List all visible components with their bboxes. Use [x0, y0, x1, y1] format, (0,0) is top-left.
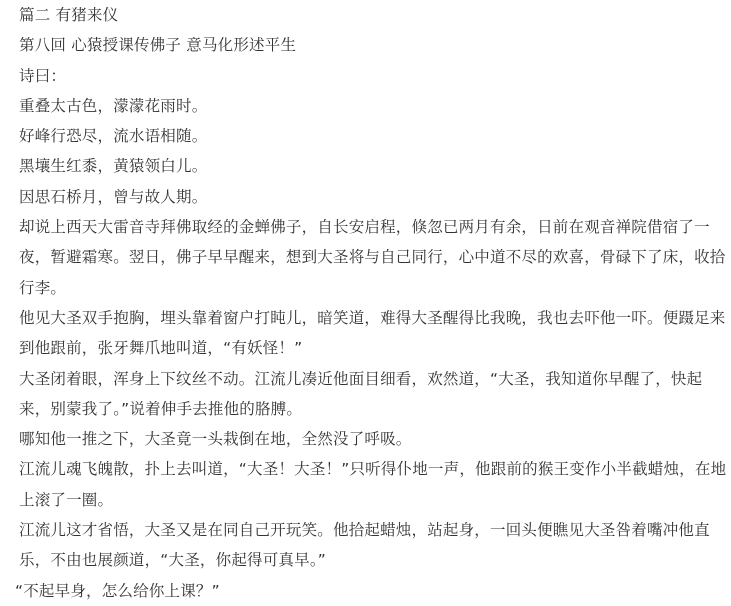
paragraph: 他见大圣双手抱胸，埋头靠着窗户打盹儿，暗笑道，难得大圣醒得比我晚，我也去吓他一吓… [19, 303, 731, 364]
poem-line: 因思石桥月，曾与故人期。 [19, 182, 731, 212]
article-body: 篇二 有猪来仪 第八回 心猿授课传佛子 意马化形述平生 诗曰： 重叠太古色，濛濛… [19, 0, 731, 574]
chapter-title: 第八回 心猿授课传佛子 意马化形述平生 [19, 30, 731, 60]
poem-line: 重叠太古色，濛濛花雨时。 [19, 91, 731, 121]
paragraph: 大圣闭着眼，浑身上下纹丝不动。江流儿凑近他面目细看，欢然道，“大圣，我知道你早醒… [19, 364, 731, 425]
poem-line: 黑壤生红黍，黄猿领白儿。 [19, 151, 731, 181]
paragraph: 江流儿魂飞魄散，扑上去叫道，“大圣！大圣！”只听得仆地一声，他跟前的猴王变作小半… [19, 454, 731, 515]
poem-line: 好峰行恐尽，流水语相随。 [19, 121, 731, 151]
paragraph: 却说上西天大雷音寺拜佛取经的金蝉佛子，自长安启程，倏忽已两月有余，日前在观音禅院… [19, 212, 731, 303]
poem-intro: 诗曰： [19, 61, 731, 91]
part-title: 篇二 有猪来仪 [19, 0, 731, 30]
paragraph: 哪知他一推之下，大圣竟一头栽倒在地，全然没了呼吸。 [19, 424, 731, 454]
paragraph: 江流儿这才省悟，大圣又是在同自己开玩笑。他拾起蜡烛，站起身，一回头便瞧见大圣咎着… [19, 515, 731, 574]
